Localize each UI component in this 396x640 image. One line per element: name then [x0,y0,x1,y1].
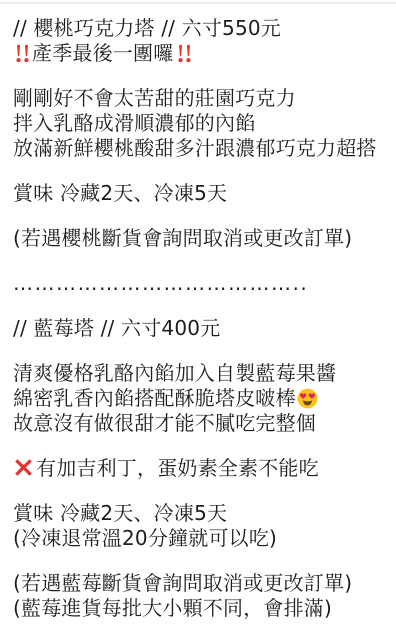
stock-note-text: (若遇櫻桃斷貨會詢問取消或更改訂單) [13,226,386,251]
blueberry-title: // 藍莓塔 // 六寸400元 [13,316,386,341]
blueberry-header: // 藍莓塔 // 六寸400元 [13,316,386,341]
cherry-title: // 櫻桃巧克力塔 // 六寸550元 [13,16,386,41]
description-line: 剛剛好不會太苦甜的莊園巧克力 [13,86,386,111]
description-line: 綿密乳香內餡搭配酥脆塔皮啵棒 [13,386,386,411]
cherry-stock-note: (若遇櫻桃斷貨會詢問取消或更改訂單) [13,226,386,251]
blueberry-notes: (若遇藍莓斷貨會詢問取消或更改訂單) (藍莓進貨每批大小顆不同，會排滿) [13,571,386,621]
description-text: 綿密乳香內餡搭配酥脆塔皮啵棒 [13,386,296,410]
double-exclamation-icon [13,43,32,64]
cross-mark-icon [13,457,34,478]
description-line: 故意沒有做很甜才能不膩吃完整個 [13,411,386,436]
cherry-description: 剛剛好不會太苦甜的莊園巧克力 拌入乳酪成滑順濃郁的內餡 放滿新鮮櫻桃酸甜多汁跟濃… [13,86,386,161]
dotted-divider: ………………………………….. [13,271,386,296]
double-exclamation-icon [175,43,194,64]
shelf-life-text: 賞味 冷藏2天、冷凍5天 [13,181,386,206]
cherry-header: // 櫻桃巧克力塔 // 六寸550元 產季最後一團囉 [13,16,386,66]
description-line: 放滿新鮮櫻桃酸甜多汁跟濃郁巧克力超搭 [13,136,386,161]
blueberry-description: 清爽優格乳酪內餡加入自製藍莓果醬 綿密乳香內餡搭配酥脆塔皮啵棒 故意沒有做很甜才… [13,361,386,436]
heart-eyes-icon [297,388,318,409]
warning-text: 有加吉利丁，蛋奶素全素不能吃 [36,456,319,480]
post-body: // 櫻桃巧克力塔 // 六寸550元 產季最後一團囉 剛剛好不會太苦甜的莊園巧… [0,0,396,621]
size-note-text: (藍莓進貨每批大小顆不同，會排滿) [13,596,386,621]
cherry-shelf-life: 賞味 冷藏2天、冷凍5天 [13,181,386,206]
cherry-promo-text: 產季最後一團囉 [32,41,173,65]
cherry-promo-line: 產季最後一團囉 [13,41,386,66]
section-divider: ………………………………….. [13,271,386,296]
shelf-life-text: 賞味 冷藏2天、冷凍5天 [13,501,386,526]
blueberry-shelf-life: 賞味 冷藏2天、冷凍5天 (冷凍退常溫20分鐘就可以吃) [13,501,386,551]
description-line: 拌入乳酪成滑順濃郁的內餡 [13,111,386,136]
thaw-note-text: (冷凍退常溫20分鐘就可以吃) [13,526,386,551]
gelatin-warning: 有加吉利丁，蛋奶素全素不能吃 [13,456,386,481]
stock-note-text: (若遇藍莓斷貨會詢問取消或更改訂單) [13,571,386,596]
warning-line: 有加吉利丁，蛋奶素全素不能吃 [13,456,386,481]
description-line: 清爽優格乳酪內餡加入自製藍莓果醬 [13,361,386,386]
